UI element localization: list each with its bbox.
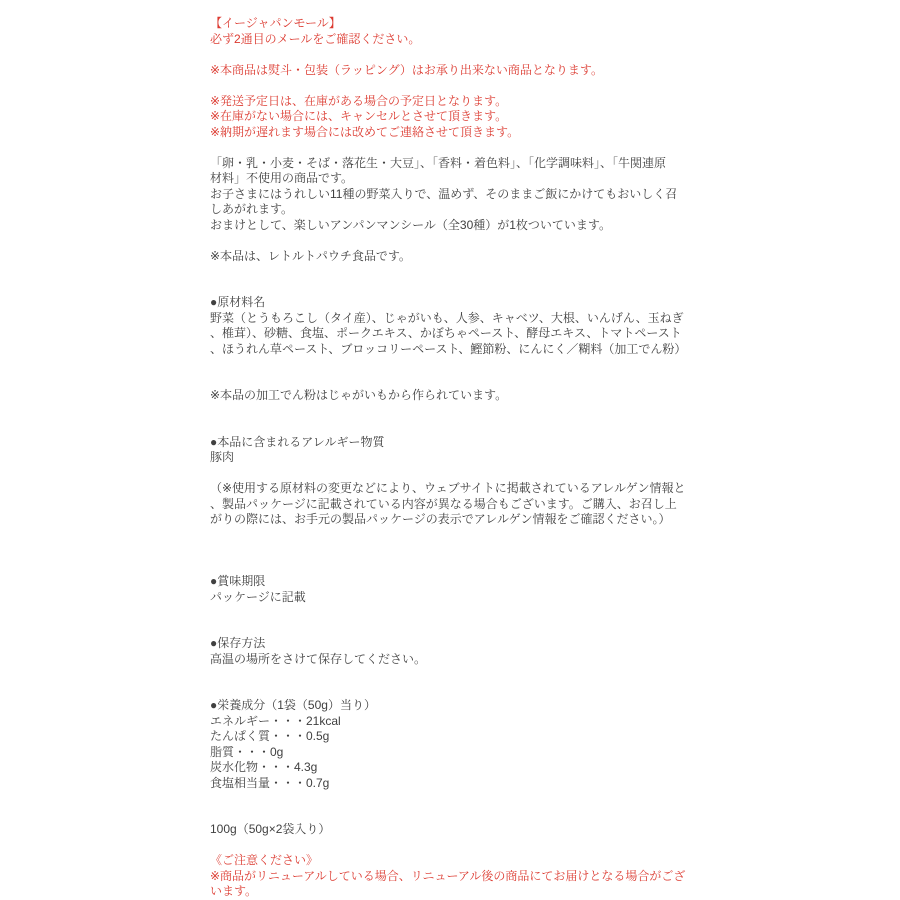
product-intro-line: 材料」不使用の商品です。 <box>210 171 690 187</box>
renewal-caution-heading: 《ご注意ください》 <box>210 853 690 869</box>
nutrition-fat: 脂質・・・0g <box>210 745 690 761</box>
product-intro-line: 「卵・乳・小麦・そば・落花生・大豆」、「香料・着色料」、「化学調味料」、「牛関連… <box>210 156 690 172</box>
net-content: 100g（50g×2袋入り） <box>210 822 690 838</box>
notice-shipping: ※発送予定日は、在庫がある場合の予定日となります。 ※在庫がない場合には、キャン… <box>210 94 690 141</box>
net-content-line: 100g（50g×2袋入り） <box>210 822 690 838</box>
nutrition-salt: 食塩相当量・・・0.7g <box>210 776 690 792</box>
starch-note-line: ※本品の加工でん粉はじゃがいもから作られています。 <box>210 388 690 404</box>
expiry-section: ●賞味期限 パッケージに記載 <box>210 574 690 605</box>
allergen-disclaimer: （※使用する原材料の変更などにより、ウェブサイトに掲載されているアレルゲン情報と… <box>210 481 690 528</box>
notice-no-gift-wrapping: ※本商品は熨斗・包装（ラッピング）はお承り出来ない商品となります。 <box>210 63 690 79</box>
expiry-value: パッケージに記載 <box>210 590 690 606</box>
product-intro-line: しあがれます。 <box>210 202 690 218</box>
renewal-caution: 《ご注意ください》 ※商品がリニューアルしている場合、リニューアル後の商品にてお… <box>210 853 690 900</box>
product-intro-line: お子さまにはうれしい11種の野菜入りで、温めず、そのままご飯にかけてもおいしく召 <box>210 187 690 203</box>
notice-delay-line: ※納期が遅れます場合には改めてご連絡させて頂きます。 <box>210 125 690 141</box>
expiry-heading: ●賞味期限 <box>210 574 690 590</box>
ingredients-section: ●原材料名 野菜（とうもろこし（タイ産）、じゃがいも、人参、キャベツ、大根、いん… <box>210 295 690 357</box>
product-intro: 「卵・乳・小麦・そば・落花生・大豆」、「香料・着色料」、「化学調味料」、「牛関連… <box>210 156 690 234</box>
notice-stock-line: ※在庫がない場合には、キャンセルとさせて頂きます。 <box>210 109 690 125</box>
nutrition-carbs: 炭水化物・・・4.3g <box>210 760 690 776</box>
retort-note: ※本品は、レトルトパウチ食品です。 <box>210 249 690 265</box>
renewal-caution-line: います。 <box>210 884 690 900</box>
allergen-disclaimer-line: （※使用する原材料の変更などにより、ウェブサイトに掲載されているアレルゲン情報と <box>210 481 690 497</box>
product-description-document: 【イージャパンモール】 必ず2通目のメールをご確認ください。 ※本商品は熨斗・包… <box>210 0 690 900</box>
nutrition-energy: エネルギー・・・21kcal <box>210 714 690 730</box>
notice-mail-check: 必ず2通目のメールをご確認ください。 <box>210 32 690 48</box>
allergen-disclaimer-line: 、製品パッケージに記載されている内容が異なる場合もございます。ご購入、お召し上 <box>210 497 690 513</box>
retort-note-line: ※本品は、レトルトパウチ食品です。 <box>210 249 690 265</box>
ingredients-line: 、ほうれん草ペースト、ブロッコリーペースト、鰹節粉、にんにく／糊料（加工でん粉） <box>210 342 690 358</box>
ingredients-line: 野菜（とうもろこし（タイ産）、じゃがいも、人参、キャベツ、大根、いんげん、玉ねぎ <box>210 311 690 327</box>
nutrition-section: ●栄養成分（1袋（50g）当り） エネルギー・・・21kcal たんぱく質・・・… <box>210 698 690 791</box>
storage-value: 高温の場所をさけて保存してください。 <box>210 652 690 668</box>
allergen-section: ●本品に含まれるアレルギー物質 豚肉 <box>210 435 690 466</box>
notice-no-gift-wrapping-line: ※本商品は熨斗・包装（ラッピング）はお承り出来ない商品となります。 <box>210 63 690 79</box>
ingredients-line: 、椎茸）、砂糖、食塩、ポークエキス、かぼちゃペースト、酵母エキス、トマトペースト <box>210 326 690 342</box>
notice-ejapan-mall: 【イージャパンモール】 必ず2通目のメールをご確認ください。 <box>210 16 690 47</box>
storage-section: ●保存方法 高温の場所をさけて保存してください。 <box>210 636 690 667</box>
notice-ejapan-mall-title: 【イージャパンモール】 <box>210 16 690 32</box>
nutrition-protein: たんぱく質・・・0.5g <box>210 729 690 745</box>
allergen-value: 豚肉 <box>210 450 690 466</box>
ingredients-heading: ●原材料名 <box>210 295 690 311</box>
nutrition-heading: ●栄養成分（1袋（50g）当り） <box>210 698 690 714</box>
allergen-heading: ●本品に含まれるアレルギー物質 <box>210 435 690 451</box>
allergen-disclaimer-line: がりの際には、お手元の製品パッケージの表示でアレルゲン情報をご確認ください。） <box>210 512 690 528</box>
storage-heading: ●保存方法 <box>210 636 690 652</box>
renewal-caution-line: ※商品がリニューアルしている場合、リニューアル後の商品にてお届けとなる場合がござ <box>210 869 690 885</box>
starch-note: ※本品の加工でん粉はじゃがいもから作られています。 <box>210 388 690 404</box>
product-intro-line: おまけとして、楽しいアンパンマンシール（全30種）が1枚ついています。 <box>210 218 690 234</box>
notice-shipping-line: ※発送予定日は、在庫がある場合の予定日となります。 <box>210 94 690 110</box>
